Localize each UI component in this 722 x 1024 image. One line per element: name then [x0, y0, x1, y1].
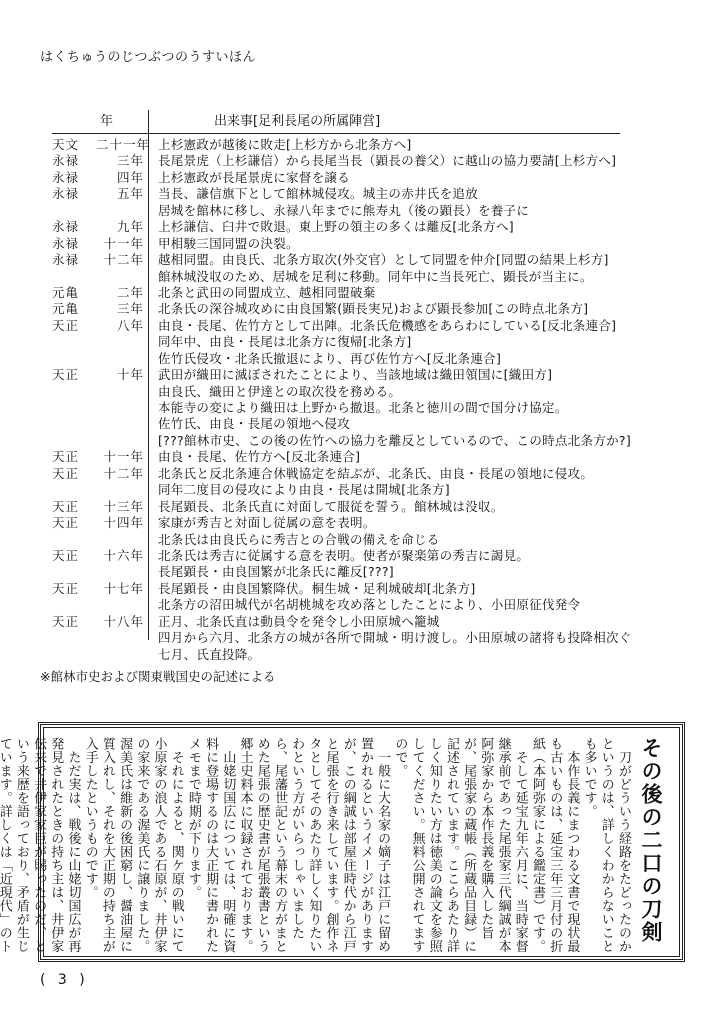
year-cell	[96, 400, 144, 416]
table-row: 居城を館林に移し、永禄八年までに熊寿丸（後の顕長）を養子に	[52, 203, 692, 219]
table-row: 永禄五年当長、謙信旗下として館林城侵攻。城主の赤井氏を追放	[52, 186, 692, 202]
event-cell: 当長、謙信旗下として館林城侵攻。城主の赤井氏を追放	[158, 186, 478, 202]
table-row: [???館林市史、この後の佐竹への協力を離反としているので、この時点北条方か?]	[52, 433, 692, 449]
column-paragraph: 本作長義にまつわる文書で現状最も古いものは、延宝三年三月付の折紙（本阿弥家による…	[529, 737, 581, 957]
year-cell: 十七年	[96, 581, 144, 597]
event-cell: 佐竹氏、由良・長尾の領地へ侵攻	[158, 416, 350, 432]
event-cell: 同年二度目の侵攻により由良・長尾は開城[北条方]	[158, 482, 450, 498]
year-cell: 三年	[96, 301, 144, 317]
year-cell: 十三年	[96, 499, 144, 515]
column-box-body: 刀がどういう経路をたどったのかというのは、詳しくわからないことも多いです。 本作…	[0, 737, 632, 957]
era-cell: 元亀	[52, 301, 96, 317]
era-cell: 天正	[52, 449, 96, 465]
table-row: 天正十一年由良・長尾、佐竹方へ[反北条連合]	[52, 449, 692, 465]
year-cell: 八年	[96, 318, 144, 334]
event-cell: 居城を館林に移し、永禄八年までに熊寿丸（後の顕長）を養子に	[158, 203, 529, 219]
event-cell: 本能寺の変により織田は上野から撤退。北条と徳川の間で国分け協定。	[158, 400, 568, 416]
table-row: 天正十八年正月、北条氏直は動員令を発令し小田原城へ籠城	[52, 614, 692, 630]
era-cell	[52, 334, 96, 350]
table-row: 天正八年由良・長尾、佐竹方として出陣。北条氏危機感をあらわにしている[反北条連合…	[52, 318, 692, 334]
event-cell: 正月、北条氏直は動員令を発令し小田原城へ籠城	[158, 614, 440, 630]
era-cell: 天正	[52, 367, 96, 383]
year-cell	[96, 269, 144, 285]
era-cell: 天正	[52, 614, 96, 630]
table-row: 元亀三年北条氏の深谷城攻めに由良国繁(顕長実兄)および顕長参加[この時点北条方]	[52, 301, 692, 317]
year-cell	[96, 564, 144, 580]
year-cell: 二十一年	[96, 137, 144, 153]
column-paragraph: そして延宝九年六月に、当時家督継承前であった尾張家三代綱誠が本阿弥家から本作長義…	[391, 737, 529, 957]
year-cell	[96, 630, 144, 646]
event-cell: 北条氏は秀吉に従属する意を表明。使者が聚楽第の秀吉に謁見。	[158, 548, 529, 564]
event-cell: 七月、氏直投降。	[158, 647, 260, 663]
era-cell	[52, 400, 96, 416]
event-cell: 長尾顕長・由良国繁降伏。桐生城・足利城破却[北条方]	[158, 581, 476, 597]
year-cell	[96, 597, 144, 613]
era-cell: 永禄	[52, 153, 96, 169]
table-row: 永禄四年上杉憲政が長尾景虎に家督を譲る	[52, 170, 692, 186]
era-cell: 元亀	[52, 285, 96, 301]
table-row: 元亀二年北条と武田の同盟成立、越相同盟破棄	[52, 285, 692, 301]
year-cell: 十二年	[96, 252, 144, 268]
year-cell	[96, 647, 144, 663]
column-box: その後の二口の刀剣 刀がどういう経路をたどったのかというのは、詳しくわからないこ…	[38, 722, 685, 962]
event-cell: 甲相駿三国同盟の決裂。	[158, 236, 299, 252]
era-cell	[52, 482, 96, 498]
column-header-event: 出来事[足利長尾の所属陣営]	[214, 110, 380, 129]
year-cell	[96, 433, 144, 449]
table-row: 佐竹氏、由良・長尾の領地へ侵攻	[52, 416, 692, 432]
table-row: 佐竹氏侵攻・北条氏撤退により、再び佐竹方へ[反北条連合]	[52, 351, 692, 367]
year-cell: 十八年	[96, 614, 144, 630]
year-cell: 二年	[96, 285, 144, 301]
column-paragraph: 刀がどういう経路をたどったのかというのは、詳しくわからないことも多いです。	[580, 737, 632, 957]
table-row: 七月、氏直投降。	[52, 647, 692, 663]
era-cell	[52, 384, 96, 400]
era-cell: 天正	[52, 515, 96, 531]
event-cell: 同年中、由良・長尾は北条方に復帰[北条方]	[158, 334, 412, 350]
table-row: 永禄十一年甲相駿三国同盟の決裂。	[52, 236, 692, 252]
year-cell	[96, 532, 144, 548]
event-cell: 上杉謙信、臼井で敗退。東上野の領主の多くは離反[北条方へ]	[158, 219, 514, 235]
year-cell: 十六年	[96, 548, 144, 564]
event-cell: 由良・長尾、佐竹方として出陣。北条氏危機感をあらわにしている[反北条連合]	[158, 318, 616, 334]
era-cell: 天正	[52, 318, 96, 334]
table-row: 北条方の沼田城代が名胡桃城を攻め落としたことにより、小田原征伐発令	[52, 597, 692, 613]
year-cell: 三年	[96, 153, 144, 169]
year-cell	[96, 416, 144, 432]
year-cell: 五年	[96, 186, 144, 202]
event-cell: 上杉憲政が長尾景虎に家督を譲る	[158, 170, 350, 186]
event-cell: 由良氏、織田と伊達との取次役を務める。	[158, 384, 401, 400]
era-cell	[52, 647, 96, 663]
year-cell	[96, 384, 144, 400]
timeline-table: 天文二十一年上杉憲政が越後に敗走[上杉方から北条方へ]永禄三年長尾景虎（上杉謙信…	[52, 137, 692, 663]
event-cell: [???館林市史、この後の佐竹への協力を離反としているので、この時点北条方か?]	[158, 433, 631, 449]
column-header-year: 年	[100, 110, 113, 129]
column-paragraph: 山姥切国広については、明確に資料に登場するのは大正期に書かれたメモまで時期が下り…	[185, 737, 237, 957]
era-cell	[52, 416, 96, 432]
event-cell: 四月から六月、北条方の城が各所で開城・明け渡し。小田原城の諸将も投降相次ぐ	[158, 630, 632, 646]
table-row: 長尾顕長・由良国繁が北条氏に離反[???]	[52, 564, 692, 580]
era-cell	[52, 203, 96, 219]
table-row: 天正十三年長尾顕長、北条氏直に対面して服従を誓う。館林城は没収。	[52, 499, 692, 515]
column-paragraph: それによると、関ケ原の戦いにて小原家の浪人である石原が、井伊家の家来である渥美氏…	[82, 737, 185, 957]
event-cell: 館林城没収のため、居城を足利に移動。同年中に当長死亡、顕長が当主に。	[158, 269, 593, 285]
event-cell: 長尾景虎（上杉謙信）から長尾当長（顕長の養父）に越山の協力要請[上杉方へ]	[158, 153, 616, 169]
era-cell: 天正	[52, 548, 96, 564]
table-row: 北条氏は由良氏らに秀吉との合戦の備えを命じる	[52, 532, 692, 548]
era-cell: 永禄	[52, 170, 96, 186]
event-cell: 北条氏と反北条連合休戦協定を結ぶが、北条氏、由良・長尾の領地に侵攻。	[158, 466, 593, 482]
era-cell	[52, 630, 96, 646]
year-cell	[96, 482, 144, 498]
table-row: 永禄九年上杉謙信、臼井で敗退。東上野の領主の多くは離反[北条方へ]	[52, 219, 692, 235]
table-row: 四月から六月、北条方の城が各所で開城・明け渡し。小田原城の諸将も投降相次ぐ	[52, 630, 692, 646]
year-cell: 十一年	[96, 449, 144, 465]
page-number: ( 3 )	[40, 972, 89, 988]
table-row: 同年中、由良・長尾は北条方に復帰[北条方]	[52, 334, 692, 350]
event-cell: 佐竹氏侵攻・北条氏撤退により、再び佐竹方へ[反北条連合]	[158, 351, 501, 367]
year-cell: 四年	[96, 170, 144, 186]
era-cell	[52, 433, 96, 449]
year-cell: 十二年	[96, 466, 144, 482]
era-cell: 天文	[52, 137, 96, 153]
event-cell: 北条と武田の同盟成立、越相同盟破棄	[158, 285, 376, 301]
year-cell: 十年	[96, 367, 144, 383]
event-cell: 越相同盟。由良氏、北条方取次(外交官）として同盟を仲介[同盟の結果上杉方]	[158, 252, 609, 268]
era-cell: 永禄	[52, 236, 96, 252]
era-cell	[52, 351, 96, 367]
table-row: 由良氏、織田と伊達との取次役を務める。	[52, 384, 692, 400]
era-cell: 永禄	[52, 186, 96, 202]
event-cell: 北条氏の深谷城攻めに由良国繁(顕長実兄)および顕長参加[この時点北条方]	[158, 301, 588, 317]
table-header-divider	[52, 133, 620, 134]
source-note: ※館林市史および関東戦国史の記述による	[40, 667, 275, 685]
event-cell: 上杉憲政が越後に敗走[上杉方から北条方へ]	[158, 137, 412, 153]
year-cell: 十四年	[96, 515, 144, 531]
event-cell: 長尾顕長・由良国繁が北条氏に離反[???]	[158, 564, 394, 580]
era-cell	[52, 269, 96, 285]
event-cell: 長尾顕長、北条氏直に対面して服従を誓う。館林城は没収。	[158, 499, 504, 515]
era-cell: 天正	[52, 581, 96, 597]
table-row: 天正十年武田が織田に滅ぼされたことにより、当該地域は織田領国に[織田方]	[52, 367, 692, 383]
table-row: 館林城没収のため、居城を足利に移動。同年中に当長死亡、顕長が当主に。	[52, 269, 692, 285]
year-cell	[96, 351, 144, 367]
table-row: 永禄三年長尾景虎（上杉謙信）から長尾当長（顕長の養父）に越山の協力要請[上杉方へ…	[52, 153, 692, 169]
event-cell: 家康が秀吉と対面し従属の意を表明。	[158, 515, 376, 531]
table-row: 永禄十二年越相同盟。由良氏、北条方取次(外交官）として同盟を仲介[同盟の結果上杉…	[52, 252, 692, 268]
document-title: はくちゅうのじつぶつのうすいほん	[40, 46, 256, 65]
event-cell: 武田が織田に滅ぼされたことにより、当該地域は織田領国に[織田方]	[158, 367, 552, 383]
table-row: 天文二十一年上杉憲政が越後に敗走[上杉方から北条方へ]	[52, 137, 692, 153]
era-cell: 天正	[52, 499, 96, 515]
table-row: 天正十七年長尾顕長・由良国繁降伏。桐生城・足利城破却[北条方]	[52, 581, 692, 597]
event-cell: 北条氏は由良氏らに秀吉との合戦の備えを命じる	[158, 532, 440, 548]
era-cell: 天正	[52, 466, 96, 482]
era-cell	[52, 597, 96, 613]
event-cell: 由良・長尾、佐竹方へ[反北条連合]	[158, 449, 360, 465]
column-box-title: その後の二口の刀剣	[636, 737, 666, 962]
year-cell: 十一年	[96, 236, 144, 252]
year-cell	[96, 334, 144, 350]
era-cell	[52, 564, 96, 580]
column-paragraph: 一般に大名家の嫡子は江戸に留め置かれるというイメージがありますが、この綱誠は部屋…	[236, 737, 391, 957]
column-paragraph: ただ実は、戦後に山姥切国広が再発見されたときの持ち主は、井伊家伝来で井伊家家臣が…	[0, 737, 82, 957]
event-cell: 北条方の沼田城代が名胡桃城を攻め落としたことにより、小田原征伐発令	[158, 597, 580, 613]
era-cell	[52, 532, 96, 548]
era-cell: 永禄	[52, 219, 96, 235]
table-row: 本能寺の変により織田は上野から撤退。北条と徳川の間で国分け協定。	[52, 400, 692, 416]
table-row: 天正十六年北条氏は秀吉に従属する意を表明。使者が聚楽第の秀吉に謁見。	[52, 548, 692, 564]
table-row: 天正十四年家康が秀吉と対面し従属の意を表明。	[52, 515, 692, 531]
year-cell: 九年	[96, 219, 144, 235]
era-cell: 永禄	[52, 252, 96, 268]
year-cell	[96, 203, 144, 219]
table-row: 同年二度目の侵攻により由良・長尾は開城[北条方]	[52, 482, 692, 498]
table-row: 天正十二年北条氏と反北条連合休戦協定を結ぶが、北条氏、由良・長尾の領地に侵攻。	[52, 466, 692, 482]
